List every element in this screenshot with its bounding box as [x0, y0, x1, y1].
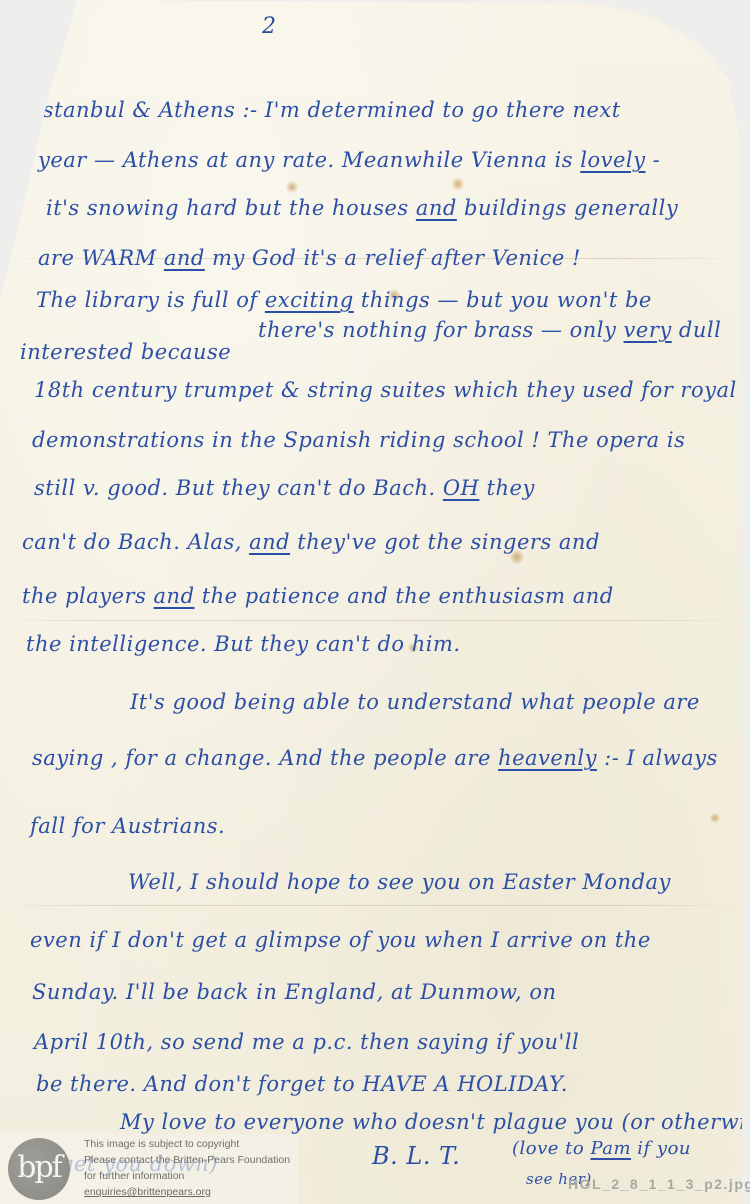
paper-stain [710, 812, 720, 824]
handwritten-line: it's snowing hard but the houses and bui… [46, 196, 678, 220]
handwritten-line: interested because [20, 340, 231, 364]
paper-crease [0, 905, 742, 906]
copyright-notice: This image is subject to copyright [84, 1138, 239, 1150]
contact-notice: Please contact the Britten-Pears Foundat… [84, 1154, 290, 1166]
handwritten-line: be there. And don't forget to HAVE A HOL… [36, 1072, 568, 1096]
handwritten-line: April 10th, so send me a p.c. then sayin… [34, 1030, 579, 1054]
enquiries-email-link[interactable]: enquiries@brittenpears.org [84, 1186, 211, 1198]
handwritten-line: demonstrations in the Spanish riding sch… [32, 428, 685, 452]
handwritten-line: are WARM and my God it's a relief after … [38, 246, 581, 270]
handwritten-line: can't do Bach. Alas, and they've got the… [22, 530, 600, 554]
underlined-word: Pam [590, 1138, 631, 1159]
underlined-word: and [164, 246, 205, 270]
page-number: 2 [262, 14, 276, 39]
signature: B. L. T. [372, 1142, 460, 1170]
underlined-word: heavenly [498, 746, 597, 770]
paper-stain [286, 180, 298, 194]
handwritten-line: still v. good. But they can't do Bach. O… [34, 476, 535, 500]
handwritten-line: even if I don't get a glimpse of you whe… [30, 928, 651, 952]
underlined-word: lovely [580, 148, 645, 172]
info-notice: for further information [84, 1170, 184, 1182]
handwritten-line: My love to everyone who doesn't plague y… [120, 1110, 750, 1134]
underlined-word: exciting [265, 288, 354, 312]
handwritten-line: Sunday. I'll be back in England, at Dunm… [32, 980, 557, 1004]
underlined-word: and [154, 584, 195, 608]
letter-paper: 2 Istanbul & Athens :- I'm determined to… [0, 0, 742, 1204]
underlined-word: and [249, 530, 290, 554]
handwritten-line: Istanbul & Athens :- I'm determined to g… [34, 98, 621, 122]
handwritten-line: saying , for a change. And the people ar… [32, 746, 718, 770]
handwritten-line: the players and the patience and the ent… [22, 584, 614, 608]
underlined-word: and [416, 196, 457, 220]
paper-stain [452, 176, 464, 192]
handwritten-line: the intelligence. But they can't do him. [26, 632, 461, 656]
handwritten-line: 18th century trumpet & string suites whi… [34, 378, 737, 402]
postscript-line: (love to Pam if you [512, 1138, 691, 1159]
underlined-word: very [624, 318, 672, 342]
bpf-logo: bpf [8, 1138, 70, 1200]
underlined-word: OH [443, 476, 480, 500]
handwritten-line: The library is full of exciting things —… [36, 288, 652, 312]
image-filename: HOL_2_8_1_1_3_p2.jpg [568, 1176, 750, 1192]
handwritten-line: year — Athens at any rate. Meanwhile Vie… [38, 148, 660, 172]
handwritten-line: there's nothing for brass — only very du… [258, 318, 721, 342]
paper-crease [0, 620, 742, 621]
handwritten-line: It's good being able to understand what … [130, 690, 700, 714]
handwritten-line: fall for Austrians. [30, 814, 225, 838]
handwritten-line: Well, I should hope to see you on Easter… [128, 870, 671, 894]
